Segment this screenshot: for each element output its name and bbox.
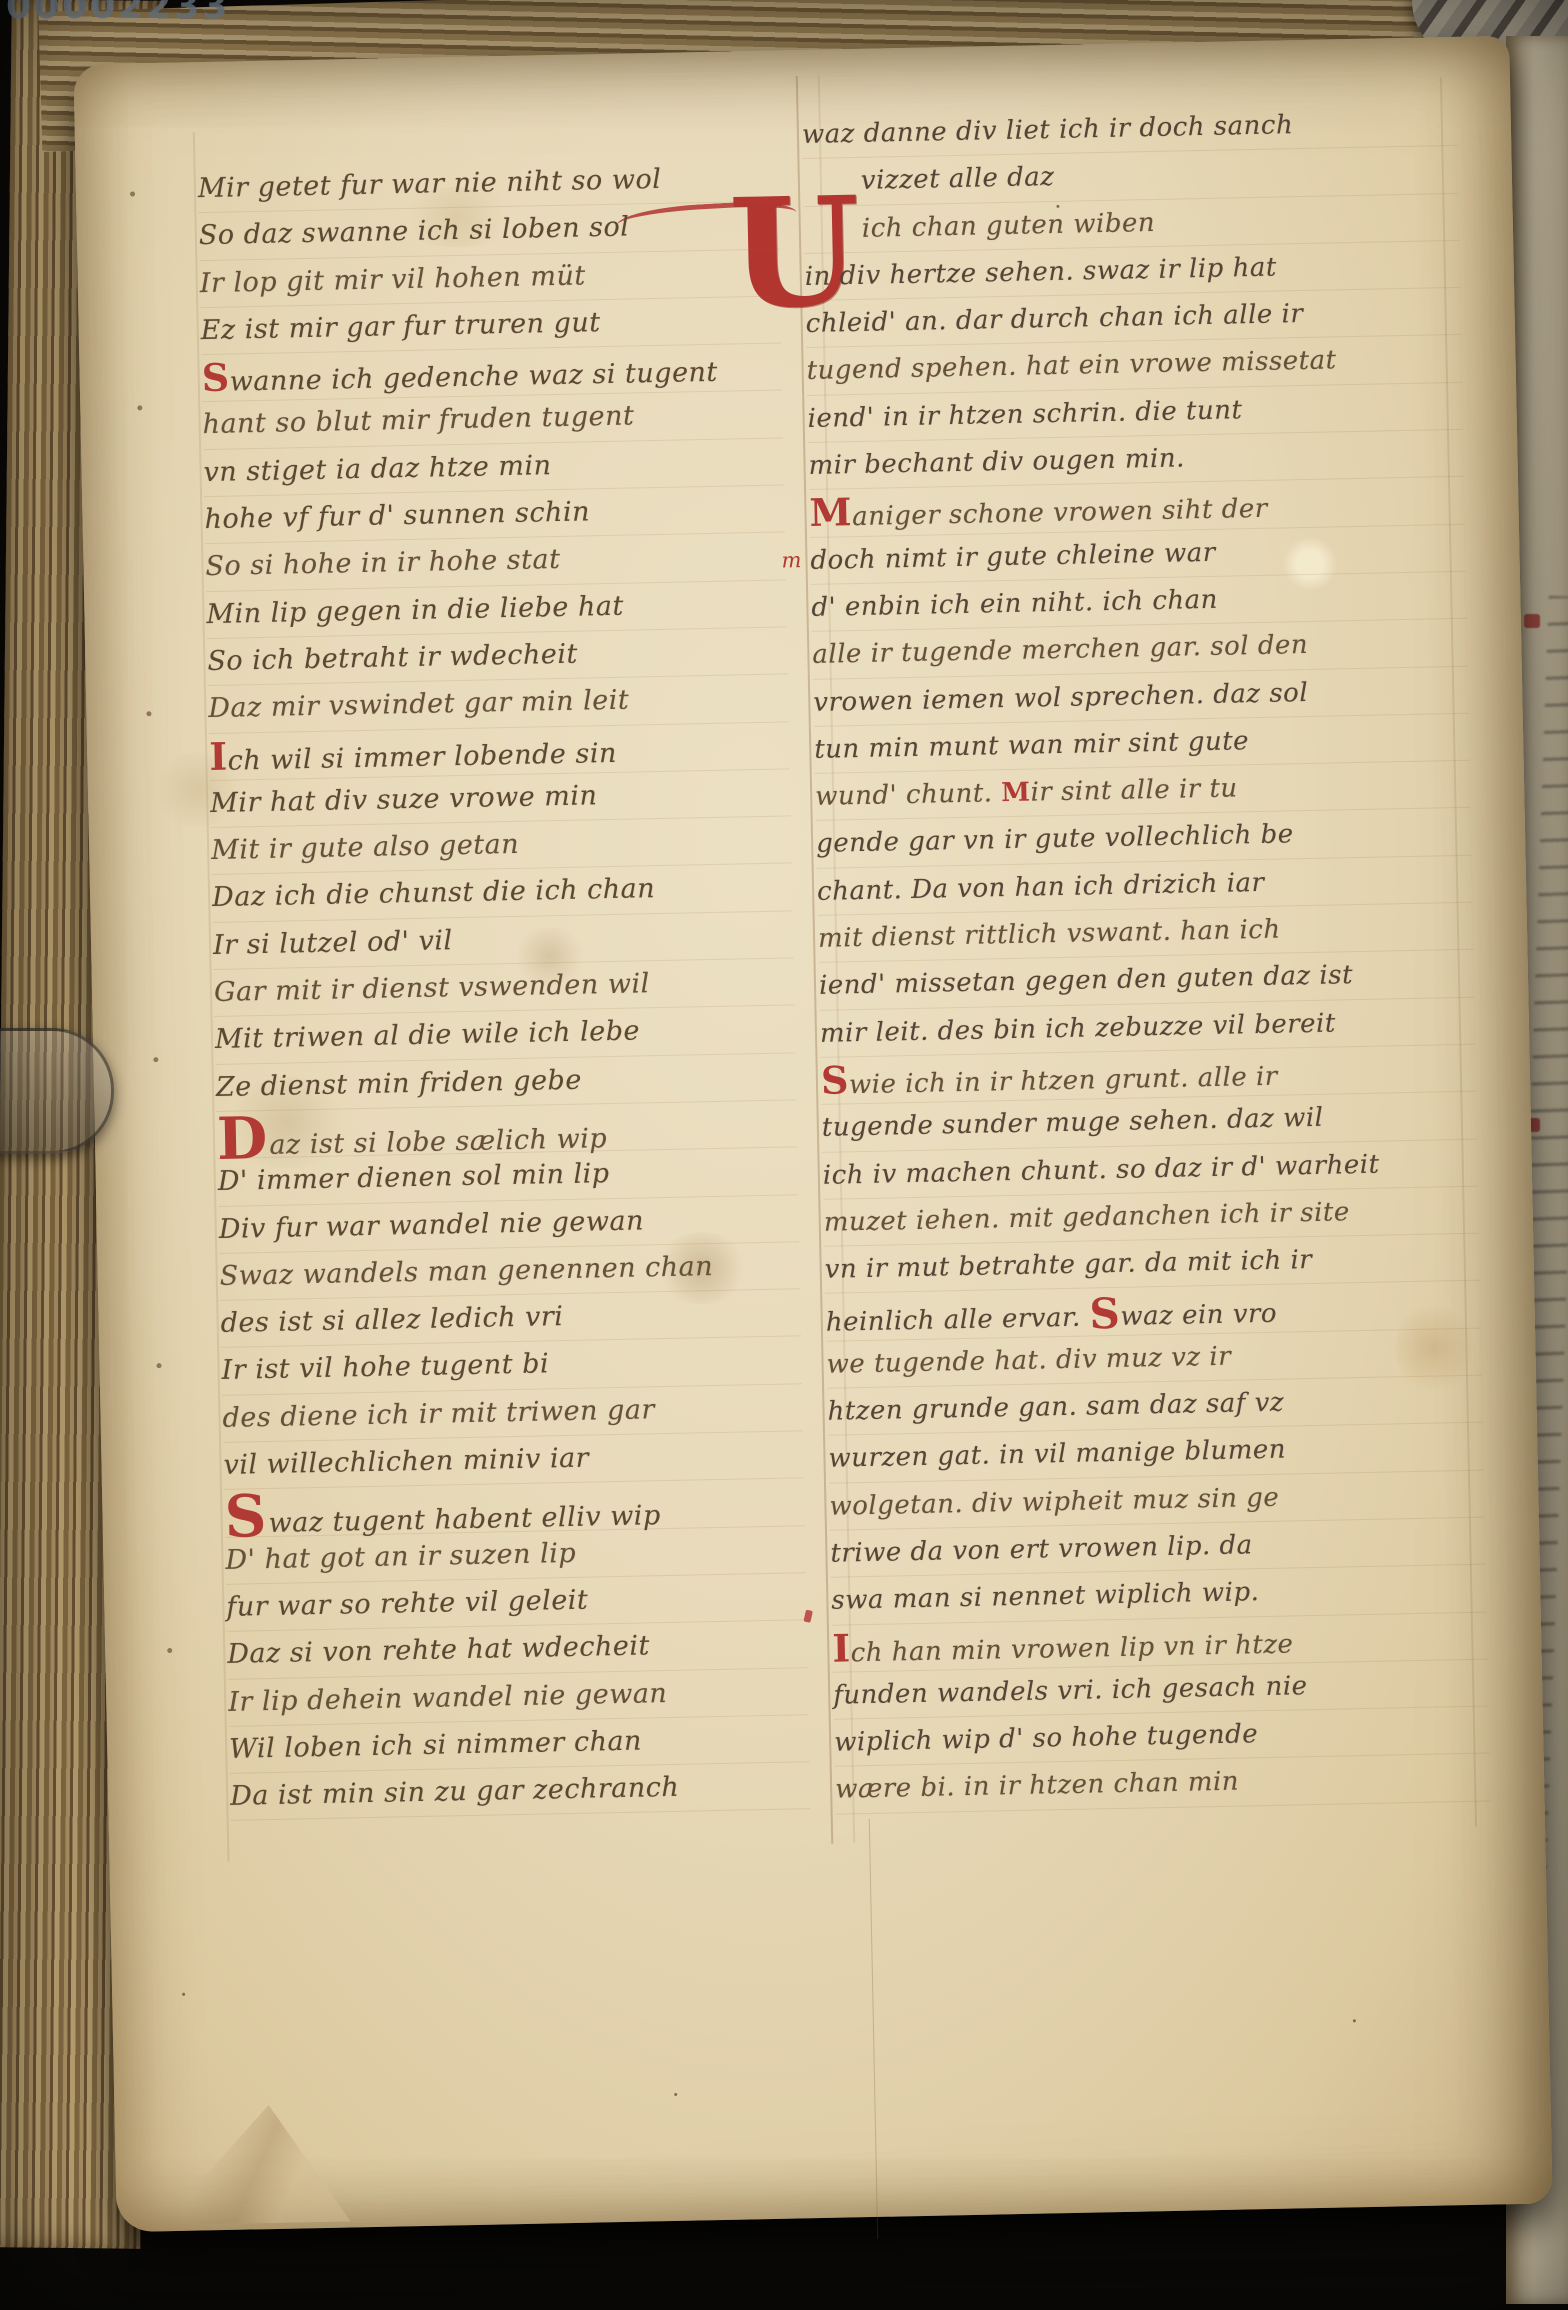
ink-text: in div hertze sehen. swaz ir lip hat — [804, 252, 1277, 291]
rubric-initial: I — [832, 1625, 851, 1670]
rubric-initial: S — [1089, 1289, 1121, 1339]
ink-text: Ir si lutzel od' vil — [213, 925, 453, 961]
rubric-initial: S — [820, 1057, 849, 1103]
ink-text: doch nimt ir gute chleine war — [810, 537, 1216, 575]
text-column-right: waz danne div liet ich ir doch sanchvizz… — [801, 99, 1490, 1814]
ink-text: d' enbin ich ein niht. ich chan — [811, 585, 1218, 623]
ink-text: Ir ist vil hohe tugent bi — [221, 1349, 549, 1387]
ink-text: Ze dienst min friden gebe — [216, 1064, 582, 1102]
pricking-dot — [137, 405, 142, 410]
ink-text: Ir lip dehein wandel nie gewan — [228, 1678, 668, 1718]
ink-text: chant. Da von han ich drizich iar — [817, 868, 1265, 907]
ink-text: mit dienst rittlich vswant. han ich — [818, 915, 1281, 954]
pricking-dot — [167, 1648, 172, 1653]
pricking-dot — [130, 191, 135, 196]
ink-text: hant so blut mir fruden tugent — [202, 401, 634, 441]
speck — [1353, 2019, 1356, 2022]
ink-text: So daz swanne ich si loben sol — [199, 212, 630, 252]
ink-text: iend' in ir htzen schrin. die tunt — [807, 395, 1242, 434]
parchment-page: U m Mir getet fur war nie niht so wolSo … — [73, 36, 1552, 2232]
ink-text: waz danne div liet ich ir doch sanch — [802, 110, 1294, 150]
speck — [182, 1993, 185, 1996]
ink-text: ich iv machen chunt. so daz ir d' warhei… — [823, 1149, 1380, 1190]
ink-text: ch wil si immer lobende sin — [227, 737, 617, 776]
rubric-initial: S — [201, 355, 230, 401]
ink-text: mir leit. des bin ich zebuzze vil bereit — [820, 1008, 1336, 1048]
ink-text: wie ich in ir htzen grunt. alle ir — [849, 1062, 1278, 1101]
ink-text: Mir getet fur war nie niht so wol — [198, 164, 662, 204]
pricking-dot — [153, 1057, 158, 1062]
ink-text: Gar mit ir dienst vswenden wil — [214, 968, 650, 1008]
ink-text: So si hohe in ir hohe stat — [205, 544, 561, 582]
ink-text: chleid' an. dar durch chan ich alle ir — [805, 299, 1303, 339]
ink-text: Daz si von rehte hat wdecheit — [227, 1631, 650, 1670]
ink-text: mir bechant div ougen min. — [808, 443, 1185, 481]
ink-text: wurzen gat. in vil manige blumen — [828, 1435, 1286, 1474]
ink-text: aniger schone vrowen siht der — [852, 494, 1268, 532]
ink-text: waz ein vro — [1120, 1299, 1277, 1332]
ink-text: fur war so rehte vil geleit — [226, 1585, 588, 1623]
ink-text: Ir lop git mir vil hohen müt — [199, 260, 585, 299]
parchment-crease — [869, 1819, 878, 2239]
ink-text: we tugende hat. div muz vz ir — [826, 1341, 1231, 1379]
rubric-initial: I — [209, 733, 228, 778]
ink-text: Mir hat div suze vrowe min — [210, 780, 598, 819]
ink-text: swa man si nennet wiplich wip. — [831, 1577, 1260, 1616]
ink-text: gende gar vn ir gute vollechlich be — [816, 820, 1294, 860]
ink-text: Wil loben ich si nimmer chan — [229, 1725, 642, 1764]
ink-text: vrowen iemen wol sprechen. daz sol — [813, 678, 1308, 718]
speck — [674, 2093, 677, 2096]
ink-text: wiplich wip d' so hohe tugende — [834, 1719, 1259, 1758]
ink-text: D' hat got an ir suzen lip — [225, 1537, 576, 1575]
ink-text: Div fur war wandel nie gewan — [218, 1205, 644, 1245]
ink-text: ch han min vrowen lip vn ir htze — [850, 1629, 1293, 1668]
ink-text: Da ist min sin zu gar zechranch — [230, 1772, 680, 1812]
ink-text: muzet iehen. mit gedanchen ich ir site — [823, 1197, 1349, 1238]
ink-text: vil willechlichen miniv iar — [223, 1443, 589, 1481]
next-folio-rubric-hint — [1524, 614, 1540, 628]
ink-text: triwe da von ert vrowen lip. da — [830, 1530, 1253, 1568]
ink-text: Ez ist mir gar fur truren gut — [200, 307, 600, 346]
ink-text: Daz ich die chunst die ich chan — [212, 874, 656, 914]
ink-text: htzen grunde gan. sam daz saf vz — [827, 1388, 1284, 1427]
ink-text: des diene ich ir mit triwen gar — [222, 1394, 655, 1434]
ink-text: wund' chunt. — [815, 778, 1002, 812]
ink-text: wanne ich gedenche waz si tugent — [229, 357, 718, 398]
ink-text: Min lip gegen in die liebe hat — [206, 590, 624, 629]
ink-text: Daz mir vswindet gar min leit — [208, 685, 629, 724]
ink-text: Mit ir gute also getan — [211, 829, 520, 866]
text-column-left: Mir getet fur war nie niht so wolSo daz … — [197, 155, 810, 1822]
pricking-dot — [146, 711, 151, 716]
ink-text: iend' missetan gegen den guten daz ist — [819, 960, 1354, 1001]
ink-text: Swaz wandels man genennen chan — [219, 1251, 713, 1292]
ink-text: D' immer dienen sol min lip — [218, 1158, 610, 1197]
ink-text: ich chan guten wiben — [862, 208, 1156, 244]
corner-fold — [158, 2104, 350, 2226]
rubric-initial: M — [809, 489, 852, 535]
ink-text: Mit triwen al die wile ich lebe — [215, 1016, 641, 1056]
pricking-dot — [156, 1363, 161, 1368]
ink-text: tun min munt wan mir sint gute — [814, 726, 1249, 765]
ink-text: tugend spehen. hat ein vrowe missetat — [806, 346, 1336, 387]
ink-text: des ist si allez ledich vri — [220, 1301, 563, 1339]
ink-text: ir sint alle ir tu — [1030, 774, 1238, 808]
ink-text: vizzet alle daz — [861, 162, 1055, 196]
ink-text: hohe vf fur d' sunnen schin — [204, 496, 590, 535]
ink-text: wære bi. in ir htzen chan min — [835, 1767, 1239, 1805]
ink-text: So ich betraht ir wdecheit — [207, 639, 578, 677]
ink-text: funden wandels vri. ich gesach nie — [833, 1671, 1308, 1711]
ink-text: heinlich alle ervar. — [825, 1303, 1089, 1338]
digitization-number: 00002233 — [6, 0, 230, 27]
rubric-initial: M — [1001, 778, 1031, 809]
ink-text: tugende sunder muge sehen. daz wil — [822, 1103, 1324, 1143]
ink-text: wolgetan. div wipheit muz sin ge — [829, 1482, 1279, 1521]
manuscript-photo: 00002233 U m Mir getet fur war nie niht … — [0, 0, 1568, 2310]
ink-text: vn ir mut betrahte gar. da mit ich ir — [824, 1245, 1312, 1285]
ink-text: vn stiget ia daz htze min — [203, 450, 551, 488]
ink-text: alle ir tugende merchen gar. sol den — [812, 630, 1308, 670]
